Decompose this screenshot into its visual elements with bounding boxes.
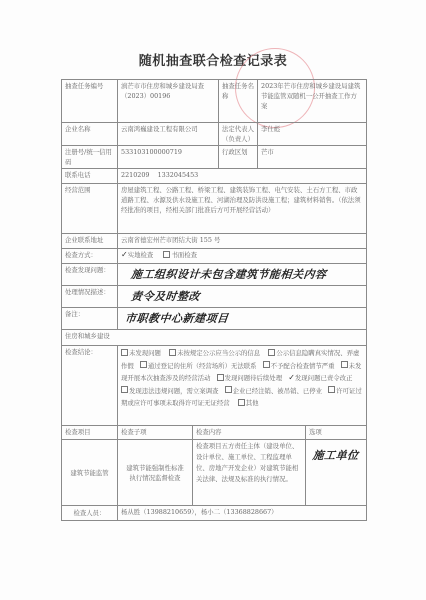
conclusion-option[interactable]: 企业已经注销、被吊销、已停业 bbox=[225, 387, 322, 395]
sub-header-row: 检查项目 检查子项 检查内容 选项 bbox=[62, 426, 367, 440]
company-label: 企业名称 bbox=[62, 123, 118, 146]
issue-label: 检查发现问题： bbox=[62, 264, 118, 286]
dept-section-header: 住房和城乡建设 bbox=[62, 330, 367, 346]
method-label: 检查方式： bbox=[62, 249, 118, 264]
sub-header-subitem: 检查子项 bbox=[118, 426, 193, 440]
conclusion-option[interactable]: 其他 bbox=[238, 399, 259, 407]
issue-row: 检查发现问题： 施工组织设计未包含建筑节能相关内容 bbox=[62, 264, 367, 286]
remark-value: 市职教中心新建项目 bbox=[120, 312, 229, 326]
conclusion-option[interactable]: 发现问题待后续处理 bbox=[217, 374, 283, 382]
sub-row: 建筑节能监管 建筑节能强制性标准执行情况监督检查 检查项目五方责任主体（建设单位… bbox=[62, 440, 367, 506]
handling-row: 处理情况描述： 责令及时整改 bbox=[62, 286, 367, 308]
sub-header-item: 检查项目 bbox=[62, 426, 118, 440]
handling-label: 处理情况描述： bbox=[62, 286, 118, 308]
method-row: 检查方式： ✓实地检查 书面检查 bbox=[62, 249, 367, 264]
inspection-record-table: 抽查任务编号 滇芒市市住房和城乡建设局查（2023）00196 抽查任务名称 2… bbox=[61, 79, 367, 521]
task-name-value: 2023年芒市住房和城乡建设局建筑节能监管双随机一公开抽查工作方案 bbox=[258, 80, 367, 123]
sub-row-content: 检查项目五方责任主体（建设单位、设计单位、施工单位、工程监理单位、房地产开发企业… bbox=[193, 440, 306, 506]
legal-rep-value: 李仕彪 bbox=[258, 123, 367, 146]
phone-row: 联系电话 2210209 1332045453 bbox=[62, 169, 367, 184]
region-label: 行政区划 bbox=[219, 146, 258, 169]
sub-header-option: 选项 bbox=[306, 426, 367, 440]
inspectors-value: 杨从胜（13988210659），杨小二（13368828667） bbox=[118, 506, 367, 521]
scope-label: 经营范围 bbox=[62, 184, 118, 234]
reg-no-value: 533103100000719 bbox=[118, 146, 219, 169]
inspectors-row: 检查人员： 杨从胜（13988210659），杨小二（13368828667） bbox=[62, 506, 367, 521]
company-row: 企业名称 云南鸿巍建设工程有限公司 法定代表人（负责人） 李仕彪 bbox=[62, 123, 367, 146]
sub-row-item: 建筑节能监管 bbox=[62, 440, 118, 506]
address-value: 云南省德宏州芒市团结大街 155 号 bbox=[118, 234, 367, 249]
reg-no-label: 注册号/统一信用码 bbox=[62, 146, 118, 169]
phone-label: 联系电话 bbox=[62, 169, 118, 184]
sub-header-content: 检查内容 bbox=[193, 426, 306, 440]
conclusion-option[interactable]: 发现违法违规问题，需立案调查 bbox=[121, 387, 218, 395]
scope-row: 经营范围 房屋建筑工程、公路工程、桥梁工程、建筑装饰工程、电气安装、土石方工程、… bbox=[62, 184, 367, 234]
handling-value: 责令及时整改 bbox=[120, 290, 200, 304]
company-value: 云南鸿巍建设工程有限公司 bbox=[118, 123, 219, 146]
address-label: 企业联系地址 bbox=[62, 234, 118, 249]
address-row: 企业联系地址 云南省德宏州芒市团结大街 155 号 bbox=[62, 234, 367, 249]
conclusion-option[interactable]: 通过登记的住所（经营场所）无法联系 bbox=[140, 362, 257, 370]
conclusion-row: 检查结论： 未发现问题 未按规定公示应当公示的信息 公示信息隐瞒真实情况、弄虚作… bbox=[62, 346, 367, 426]
scope-value: 房屋建筑工程、公路工程、桥梁工程、建筑装饰工程、电气安装、土石方工程、市政道路工… bbox=[118, 184, 367, 234]
region-value: 芒市 bbox=[258, 146, 367, 169]
remark-label: 备注： bbox=[62, 308, 118, 330]
sub-row-option: 施工单位 bbox=[308, 441, 360, 463]
method-options: ✓实地检查 书面检查 bbox=[118, 249, 367, 264]
task-name-label: 抽查任务名称 bbox=[219, 80, 258, 123]
phone-value: 2210209 1332045453 bbox=[118, 169, 367, 184]
task-no-value: 滇芒市市住房和城乡建设局查（2023）00196 bbox=[118, 80, 219, 123]
inspectors-label: 检查人员： bbox=[62, 506, 118, 521]
legal-rep-label: 法定代表人（负责人） bbox=[219, 123, 258, 146]
method-onsite-checkbox[interactable]: ✓实地检查 bbox=[121, 251, 153, 259]
conclusion-option-checked[interactable]: ✓发现问题已责令改正 bbox=[288, 374, 352, 382]
conclusion-options: 未发现问题 未按规定公示应当公示的信息 公示信息隐瞒真实情况、弄虚作假 通过登记… bbox=[118, 346, 367, 426]
conclusion-option[interactable]: 不予配合检查情节严重 bbox=[263, 362, 335, 370]
task-row: 抽查任务编号 滇芒市市住房和城乡建设局查（2023）00196 抽查任务名称 2… bbox=[62, 80, 367, 123]
document-title: 随机抽查联合检查记录表 bbox=[0, 50, 426, 69]
conclusion-option[interactable]: 未按规定公示应当公示的信息 bbox=[169, 349, 260, 357]
remark-row: 备注： 市职教中心新建项目 bbox=[62, 308, 367, 330]
conclusion-option[interactable]: 未发现问题 bbox=[121, 349, 161, 357]
task-no-label: 抽查任务编号 bbox=[62, 80, 118, 123]
sub-row-subitem: 建筑节能强制性标准执行情况监督检查 bbox=[118, 440, 193, 506]
issue-value: 施工组织设计未包含建筑节能相关内容 bbox=[120, 268, 327, 282]
conclusion-label: 检查结论： bbox=[62, 346, 118, 426]
reg-row: 注册号/统一信用码 533103100000719 行政区划 芒市 bbox=[62, 146, 367, 169]
method-written-checkbox[interactable]: 书面检查 bbox=[163, 251, 197, 259]
dept-section-row: 住房和城乡建设 bbox=[62, 330, 367, 346]
